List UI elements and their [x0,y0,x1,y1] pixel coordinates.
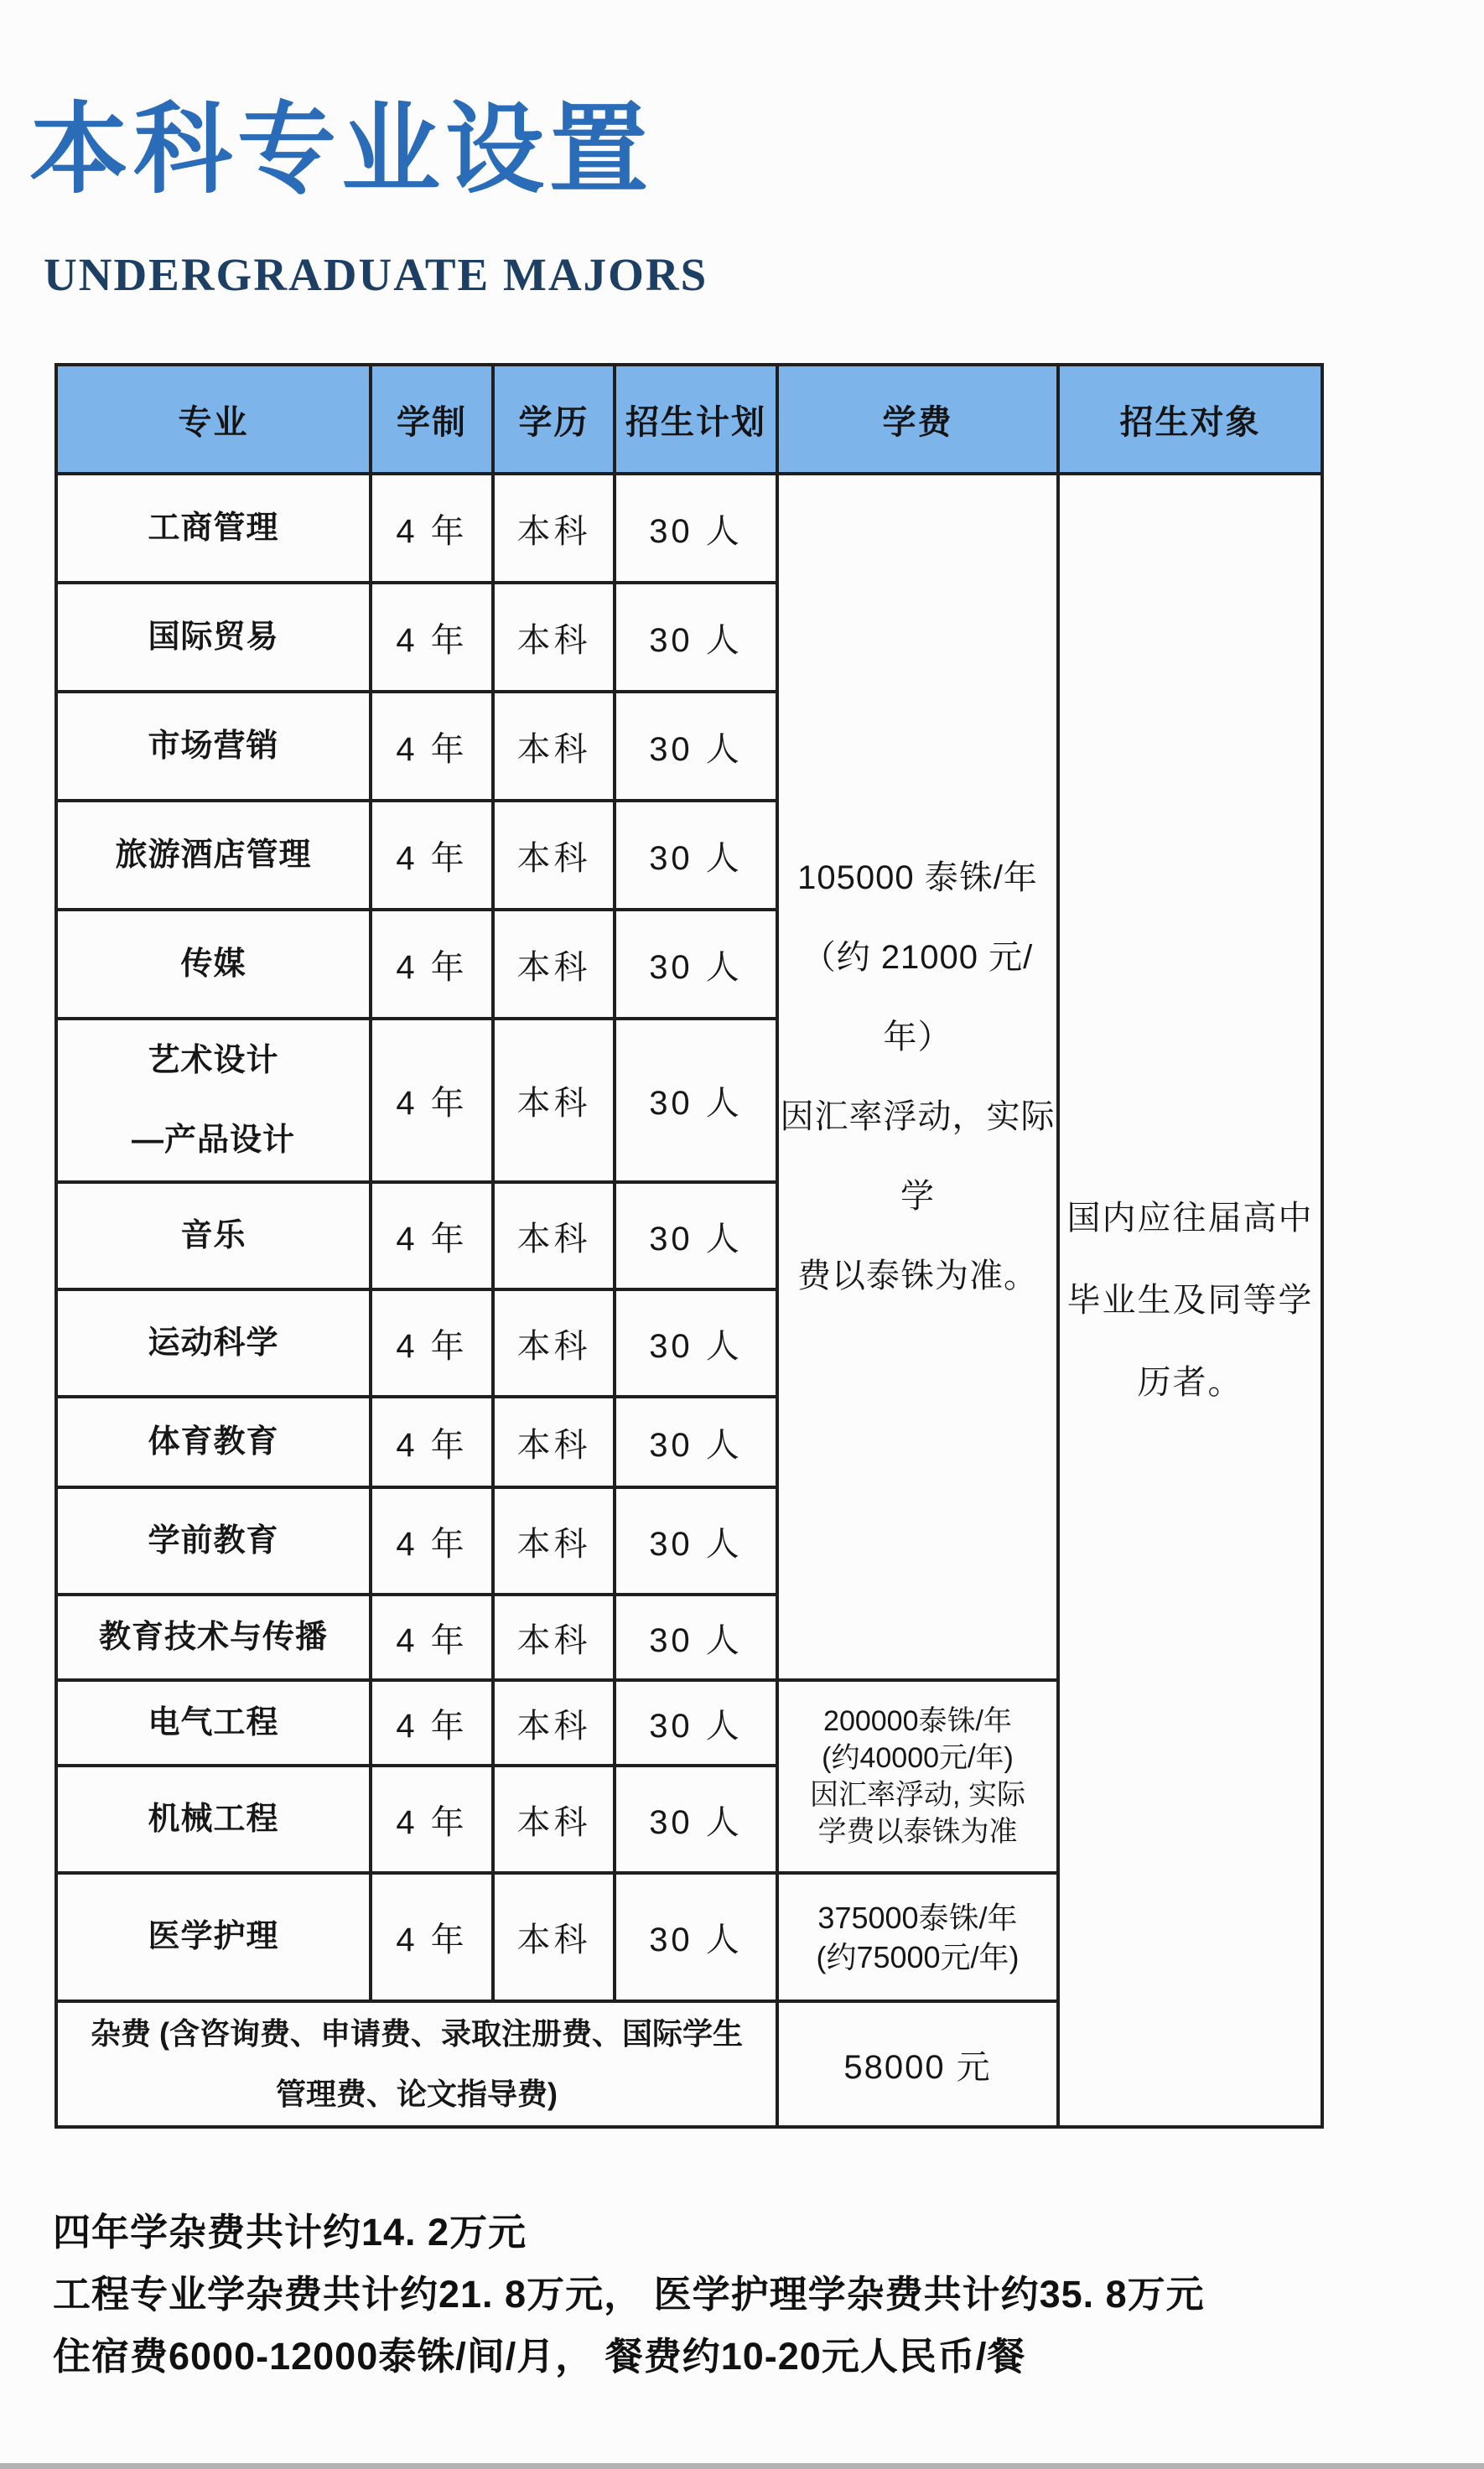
col-header-tuition: 学费 [777,365,1058,474]
degree-cell: 本科 [493,1019,615,1182]
duration-cell: 4 年 [371,692,493,801]
col-header-quota: 招生计划 [615,365,777,474]
duration-cell: 4 年 [371,801,493,910]
tuition-line: 学费以泰铢为准 [779,1813,1056,1850]
tuition-group2-cell: 200000泰铢/年 (约40000元/年) 因汇率浮动, 实际 学费以泰铢为准 [777,1680,1058,1873]
misc-fee-label-cell: 杂费 (含咨询费、申请费、录取注册费、国际学生 管理费、论文指导费) [56,2001,777,2127]
tuition-line: 105000 泰铢/年 [779,838,1056,918]
duration-cell: 4 年 [371,1397,493,1487]
major-cell: 教育技术与传播 [56,1595,371,1680]
quota-cell: 30 人 [615,1680,777,1766]
quota-cell: 30 人 [615,1873,777,2001]
quota-cell: 30 人 [615,1289,777,1397]
major-cell: 旅游酒店管理 [56,801,371,910]
degree-cell: 本科 [493,910,615,1019]
major-cell: 机械工程 [56,1766,371,1873]
quota-cell: 30 人 [615,583,777,692]
tuition-group3-cell: 375000泰铢/年 (约75000元/年) [777,1873,1058,2001]
major-cell: 艺术设计 —产品设计 [56,1019,371,1182]
quota-cell: 30 人 [615,1595,777,1680]
degree-cell: 本科 [493,1182,615,1289]
quota-cell: 30 人 [615,801,777,910]
footnote-line: 四年学杂费共计约14. 2万元 [53,2202,1205,2264]
major-cell: 音乐 [56,1182,371,1289]
degree-cell: 本科 [493,1397,615,1487]
tuition-line: 200000泰铢/年 [779,1703,1056,1740]
tuition-group1-cell: 105000 泰铢/年 （约 21000 元/年） 因汇率浮动，实际学 费以泰铢… [777,474,1058,1680]
tuition-line: 因汇率浮动，实际学 [779,1077,1056,1237]
tuition-line: (约40000元/年) [779,1740,1056,1777]
duration-cell: 4 年 [371,1680,493,1766]
major-cell: 工商管理 [56,474,371,583]
col-header-degree: 学历 [493,365,615,474]
audience-cell: 国内应往届高中 毕业生及同等学 历者。 [1058,474,1322,2127]
duration-cell: 4 年 [371,1019,493,1182]
page-subtitle: UNDERGRADUATE MAJORS [44,248,708,301]
header-row: 专业 学制 学历 招生计划 学费 招生对象 [56,365,1322,474]
major-cell: 运动科学 [56,1289,371,1397]
duration-cell: 4 年 [371,1595,493,1680]
col-header-major: 专业 [56,365,371,474]
document-page: 本科专业设置 UNDERGRADUATE MAJORS 专业 学制 学历 招生计… [0,0,1484,2469]
major-cell: 电气工程 [56,1680,371,1766]
degree-cell: 本科 [493,801,615,910]
duration-cell: 4 年 [371,1766,493,1873]
degree-cell: 本科 [493,692,615,801]
duration-cell: 4 年 [371,1289,493,1397]
tuition-line: 费以泰铢为准。 [779,1237,1056,1316]
quota-cell: 30 人 [615,1397,777,1487]
major-cell: 医学护理 [56,1873,371,2001]
major-cell: 学前教育 [56,1487,371,1595]
degree-cell: 本科 [493,1873,615,2001]
bottom-edge-strip [0,2463,1484,2469]
misc-fee-label-line: 管理费、论文指导费) [58,2064,776,2124]
duration-cell: 4 年 [371,1487,493,1595]
major-cell: 体育教育 [56,1397,371,1487]
degree-cell: 本科 [493,474,615,583]
majors-table: 专业 学制 学历 招生计划 学费 招生对象 工商管理 4 年 本科 30 人 1… [54,363,1324,2129]
col-header-duration: 学制 [371,365,493,474]
misc-fee-label-line: 杂费 (含咨询费、申请费、录取注册费、国际学生 [58,2004,776,2064]
table-row: 工商管理 4 年 本科 30 人 105000 泰铢/年 （约 21000 元/… [56,474,1322,583]
degree-cell: 本科 [493,1595,615,1680]
duration-cell: 4 年 [371,1182,493,1289]
quota-cell: 30 人 [615,1766,777,1873]
audience-line: 历者。 [1060,1341,1321,1424]
tuition-line: 375000泰铢/年 [779,1898,1056,1937]
quota-cell: 30 人 [615,474,777,583]
duration-cell: 4 年 [371,474,493,583]
degree-cell: 本科 [493,583,615,692]
quota-cell: 30 人 [615,1019,777,1182]
major-cell: 国际贸易 [56,583,371,692]
col-header-audience: 招生对象 [1058,365,1322,474]
duration-cell: 4 年 [371,910,493,1019]
quota-cell: 30 人 [615,910,777,1019]
degree-cell: 本科 [493,1766,615,1873]
tuition-line: （约 21000 元/年） [779,918,1056,1077]
quota-cell: 30 人 [615,1182,777,1289]
footnote-line: 工程专业学杂费共计约21. 8万元， 医学护理学杂费共计约35. 8万元 [53,2264,1205,2326]
quota-cell: 30 人 [615,1487,777,1595]
major-cell: 传媒 [56,910,371,1019]
audience-line: 国内应往届高中 [1060,1177,1321,1259]
misc-fee-value-cell: 58000 元 [777,2001,1058,2127]
footnote-line: 住宿费6000-12000泰铢/间/月， 餐费约10-20元人民币/餐 [53,2326,1205,2388]
footnotes: 四年学杂费共计约14. 2万元 工程专业学杂费共计约21. 8万元， 医学护理学… [53,2202,1205,2388]
tuition-line: (约75000元/年) [779,1937,1056,1977]
duration-cell: 4 年 [371,1873,493,2001]
degree-cell: 本科 [493,1680,615,1766]
quota-cell: 30 人 [615,692,777,801]
audience-line: 毕业生及同等学 [1060,1259,1321,1341]
major-cell: 市场营销 [56,692,371,801]
degree-cell: 本科 [493,1487,615,1595]
duration-cell: 4 年 [371,583,493,692]
degree-cell: 本科 [493,1289,615,1397]
page-title: 本科专业设置 [29,99,653,203]
tuition-line: 因汇率浮动, 实际 [779,1777,1056,1813]
